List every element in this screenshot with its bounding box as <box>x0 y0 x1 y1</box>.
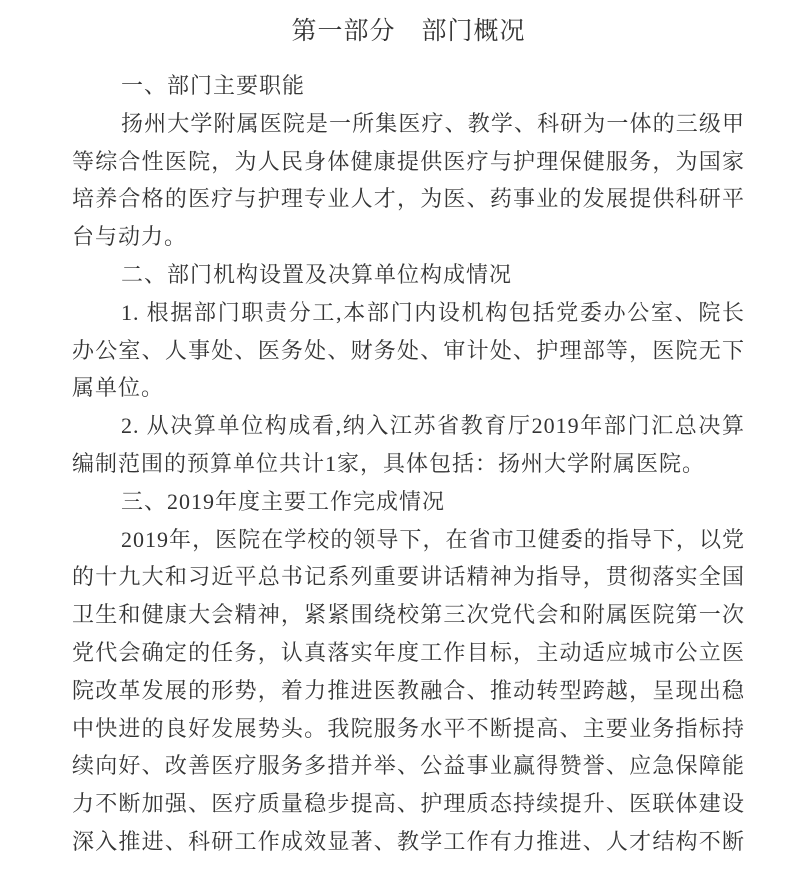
paragraph-line: 中快进的良好发展势头。我院服务水平不断提高、主要业务指标持 <box>72 710 745 748</box>
paragraph-line: 院改革发展的形势，着力推进医教融合、推动转型跨越，呈现出稳 <box>72 672 745 710</box>
paragraph-line: 等综合性医院，为人民身体健康提供医疗与护理保健服务，为国家 <box>72 143 745 181</box>
page-title: 第一部分 部门概况 <box>72 13 745 51</box>
section-heading-structure: 二、部门机构设置及决算单位构成情况 <box>72 256 745 294</box>
paragraph-line: 2. 从决算单位构成看,纳入江苏省教育厅2019年部门汇总决算 <box>72 407 745 445</box>
paragraph-line: 深入推进、科研工作成效显著、教学工作有力推进、人才结构不断 <box>72 823 745 861</box>
paragraph-line: 的十九大和习近平总书记系列重要讲话精神为指导，贯彻落实全国 <box>72 558 745 596</box>
paragraph-line: 台与动力。 <box>72 218 745 256</box>
section-heading-work: 三、2019年度主要工作完成情况 <box>72 483 745 521</box>
paragraph-line: 卫生和健康大会精神，紧紧围绕校第三次党代会和附属医院第一次 <box>72 596 745 634</box>
paragraph-line: 2019年，医院在学校的领导下，在省市卫健委的指导下，以党 <box>72 521 745 559</box>
paragraph-line: 编制范围的预算单位共计1家，具体包括：扬州大学附属医院。 <box>72 445 745 483</box>
paragraph-line: 培养合格的医疗与护理专业人才，为医、药事业的发展提供科研平 <box>72 180 745 218</box>
document-page: 第一部分 部门概况 一、部门主要职能 扬州大学附属医院是一所集医疗、教学、科研为… <box>0 0 793 878</box>
paragraph-line: 续向好、改善医疗服务多措并举、公益事业赢得赞誉、应急保障能 <box>72 747 745 785</box>
paragraph-line: 办公室、人事处、医务处、财务处、审计处、护理部等，医院无下 <box>72 332 745 370</box>
paragraph-line: 力不断加强、医疗质量稳步提高、护理质态持续提升、医联体建设 <box>72 785 745 823</box>
paragraph-line: 党代会确定的任务，认真落实年度工作目标，主动适应城市公立医 <box>72 634 745 672</box>
paragraph-line: 扬州大学附属医院是一所集医疗、教学、科研为一体的三级甲 <box>72 105 745 143</box>
paragraph-line: 属单位。 <box>72 369 745 407</box>
section-heading-functions: 一、部门主要职能 <box>72 67 745 105</box>
paragraph-line: 1. 根据部门职责分工,本部门内设机构包括党委办公室、院长 <box>72 294 745 332</box>
